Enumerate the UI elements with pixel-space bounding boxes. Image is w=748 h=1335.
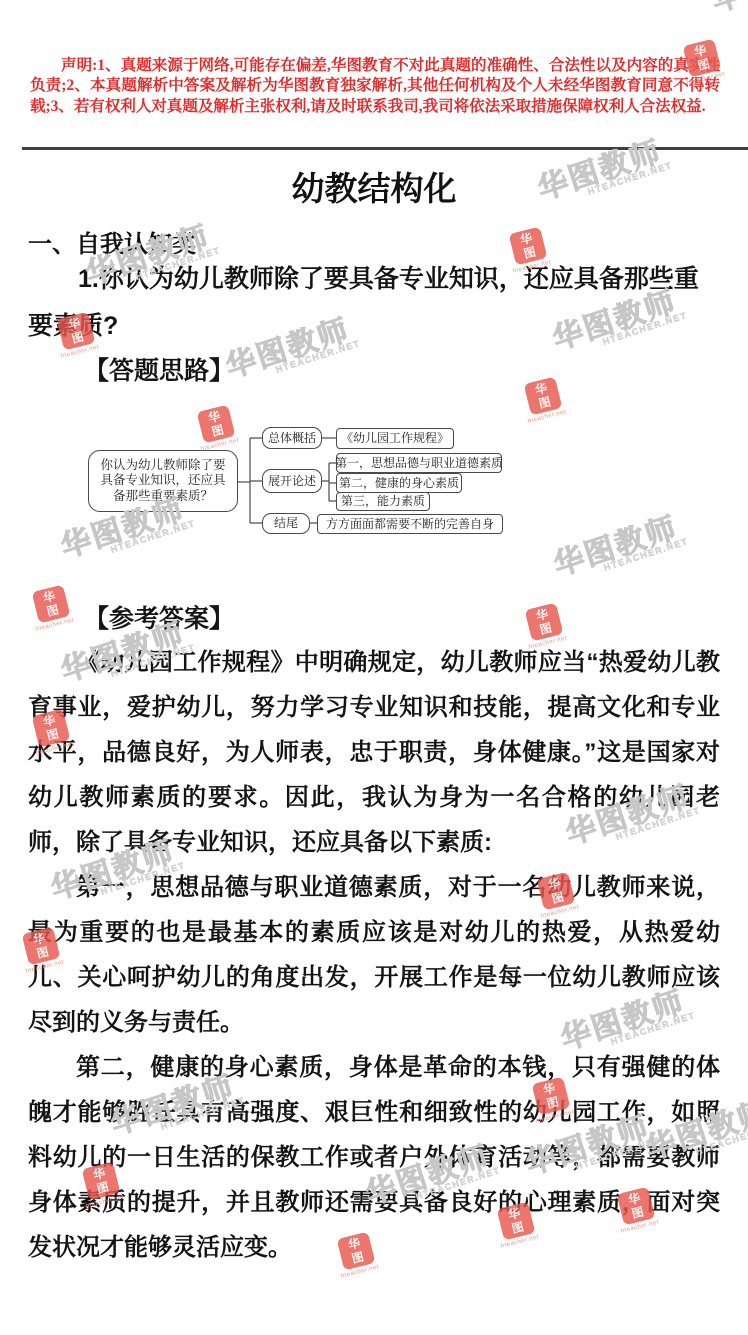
answer-paragraph: 《幼儿园工作规程》中明确规定，幼儿教师应当“热爱幼儿教育事业，爱护幼儿，努力学习… bbox=[28, 640, 720, 865]
section-heading: 一、自我认知类 bbox=[28, 224, 196, 259]
outline-heading: 【答题思路】 bbox=[84, 351, 234, 387]
answer-heading: 【参考答案】 bbox=[84, 599, 234, 635]
flowchart-leaf-first: 第一，思想品德与职业道德素质 bbox=[336, 453, 502, 473]
document-page: 声明:1、真题来源于网络,可能存在偏差,华图教育不对此真题的准确性、合法性以及内… bbox=[0, 0, 748, 1335]
disclaimer-body: 1、真题来源于网络,可能存在偏差,华图教育不对此真题的准确性、合法性以及内容的真… bbox=[30, 57, 720, 115]
flowchart-leaf-regulation: 《幼儿园工作规程》 bbox=[336, 428, 454, 449]
huatu-logo-icon: 华图 bbox=[524, 377, 563, 416]
watermark-logo-caption: hteacher.net bbox=[33, 617, 77, 633]
flowchart-leaf-second: 第二，健康的身心素质 bbox=[336, 473, 462, 493]
flowchart-node-discussion: 展开论述 bbox=[262, 469, 322, 493]
huatu-logo-icon: 华图 bbox=[32, 585, 71, 624]
flowchart-node-summary: 总体概括 bbox=[262, 427, 322, 449]
page-title: 幼教结构化 bbox=[0, 163, 748, 210]
answer-body: 《幼儿园工作规程》中明确规定，幼儿教师应当“热爱幼儿教育事业，爱护幼儿，努力学习… bbox=[28, 640, 720, 1270]
flowchart-leaf-improve: 方方面面都需要不断的完善自身 bbox=[317, 514, 503, 534]
flowchart-leaf-third: 第三，能力素质 bbox=[336, 492, 430, 511]
disclaimer-statement: 声明:1、真题来源于网络,可能存在偏差,华图教育不对此真题的准确性、合法性以及内… bbox=[30, 56, 720, 118]
answer-outline-flowchart: 你认为幼儿教师除了要具备专业知识，还应具备那些重要素质？ 总体概括 《幼儿园工作… bbox=[0, 420, 748, 570]
flowchart-node-ending: 结尾 bbox=[262, 513, 310, 534]
disclaimer-label: 声明: bbox=[61, 57, 97, 74]
question-text: 1.你认为幼儿教师除了要具备专业知识，还应具备那些重要素质? bbox=[28, 256, 720, 350]
answer-paragraph: 第一，思想品德与职业道德素质，对于一名幼儿教师来说，最为重要的也是最基本的素质应… bbox=[28, 865, 720, 1045]
divider-line bbox=[22, 147, 748, 150]
answer-paragraph: 第二，健康的身心素质，身体是革命的本钱，只有强健的体魄才能够胜任具有高强度、艰巨… bbox=[28, 1045, 720, 1270]
watermark-text: 华图教师HTEACHER.NET bbox=[708, 0, 748, 24]
huatu-logo-icon: 华图 bbox=[525, 603, 564, 642]
flowchart-root-box: 你认为幼儿教师除了要具备专业知识，还应具备那些重要素质？ bbox=[88, 450, 238, 512]
